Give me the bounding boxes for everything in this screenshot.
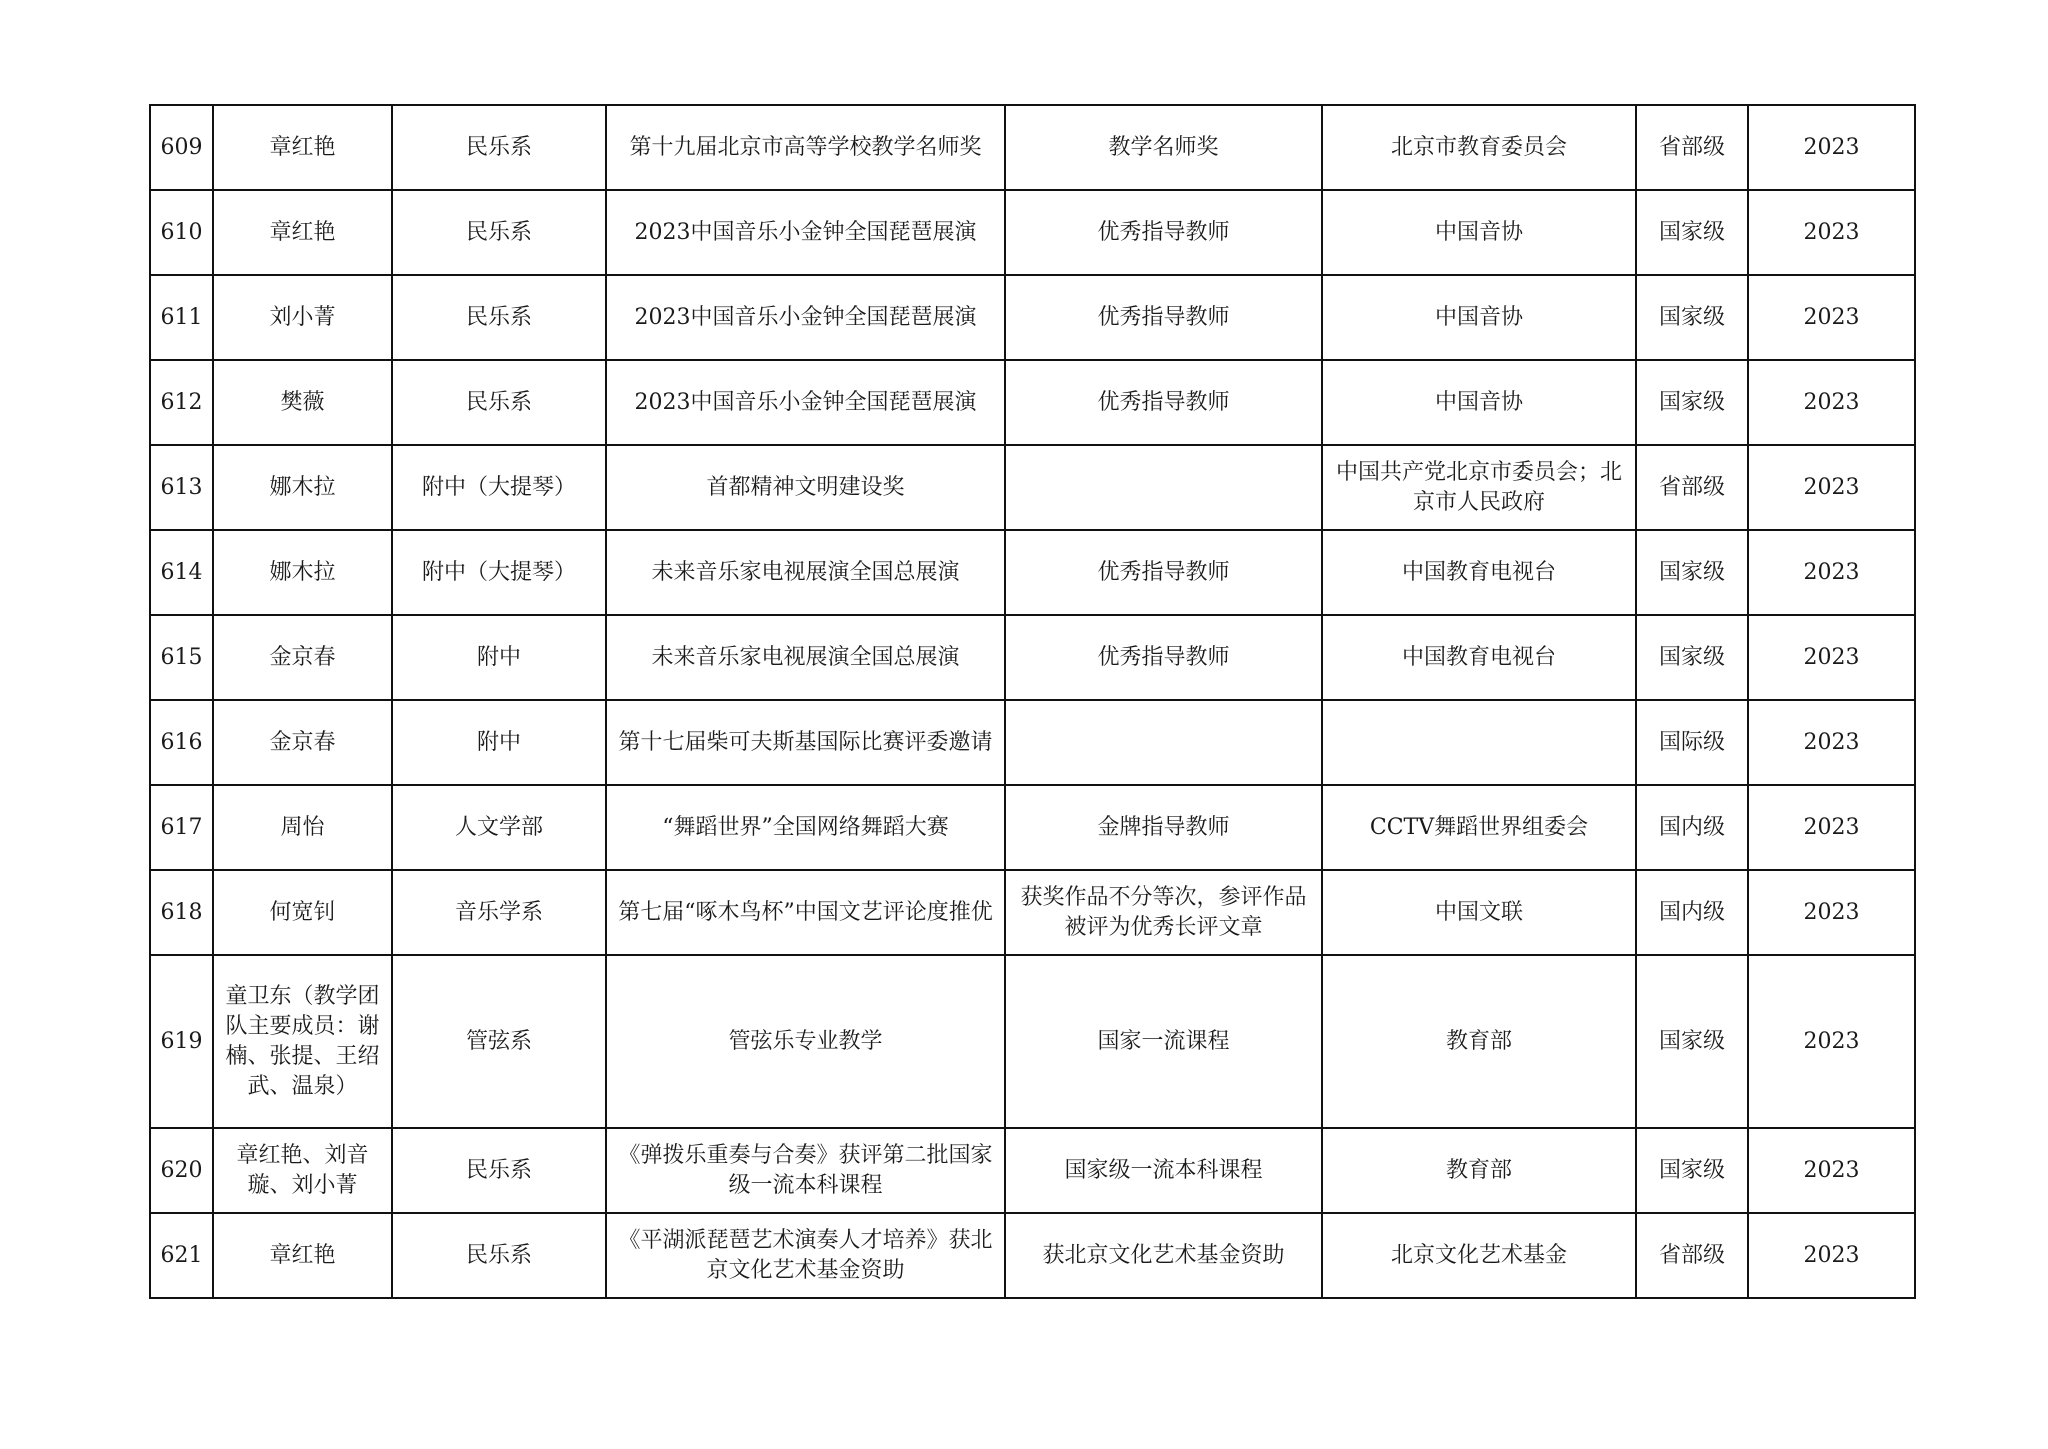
award-year: 2023 [1748, 1128, 1915, 1213]
row-number: 618 [150, 870, 213, 955]
award-year: 2023 [1748, 530, 1915, 615]
row-number: 614 [150, 530, 213, 615]
award-name: 优秀指导教师 [1005, 530, 1322, 615]
person-name: 金京春 [213, 615, 392, 700]
award-year: 2023 [1748, 360, 1915, 445]
award-name: 教学名师奖 [1005, 105, 1322, 190]
person-name: 章红艳 [213, 105, 392, 190]
issuing-body: 中国共产党北京市委员会；北京市人民政府 [1322, 445, 1636, 530]
issuing-body: 北京文化艺术基金 [1322, 1213, 1636, 1298]
awards-table: 609 章红艳 民乐系 第十九届北京市高等学校教学名师奖 教学名师奖 北京市教育… [149, 104, 1916, 1299]
project-name: 未来音乐家电视展演全国总展演 [606, 530, 1005, 615]
row-number: 620 [150, 1128, 213, 1213]
person-name: 刘小菁 [213, 275, 392, 360]
row-number: 612 [150, 360, 213, 445]
person-name: 何宽钊 [213, 870, 392, 955]
award-year: 2023 [1748, 190, 1915, 275]
award-year: 2023 [1748, 445, 1915, 530]
award-name: 优秀指导教师 [1005, 275, 1322, 360]
row-number: 615 [150, 615, 213, 700]
issuing-body: 中国教育电视台 [1322, 530, 1636, 615]
department: 附中（大提琴） [392, 530, 606, 615]
award-name: 优秀指导教师 [1005, 190, 1322, 275]
project-name: 2023中国音乐小金钟全国琵琶展演 [606, 275, 1005, 360]
person-name: 娜木拉 [213, 445, 392, 530]
project-name: 《弹拨乐重奏与合奏》获评第二批国家级一流本科课程 [606, 1128, 1005, 1213]
award-name: 优秀指导教师 [1005, 360, 1322, 445]
award-level: 国家级 [1636, 190, 1748, 275]
department: 民乐系 [392, 1128, 606, 1213]
department: 管弦系 [392, 955, 606, 1128]
row-number: 616 [150, 700, 213, 785]
award-year: 2023 [1748, 700, 1915, 785]
project-name: 第十七届柴可夫斯基国际比赛评委邀请 [606, 700, 1005, 785]
row-number: 609 [150, 105, 213, 190]
person-name: 章红艳 [213, 190, 392, 275]
department: 民乐系 [392, 360, 606, 445]
award-level: 国家级 [1636, 530, 1748, 615]
person-name: 金京春 [213, 700, 392, 785]
award-level: 省部级 [1636, 1213, 1748, 1298]
issuing-body: 教育部 [1322, 1128, 1636, 1213]
table-row: 611 刘小菁 民乐系 2023中国音乐小金钟全国琵琶展演 优秀指导教师 中国音… [150, 275, 1915, 360]
award-name [1005, 445, 1322, 530]
table-row: 619 童卫东（教学团队主要成员：谢楠、张提、王绍武、温泉） 管弦系 管弦乐专业… [150, 955, 1915, 1128]
award-name: 获奖作品不分等次，参评作品被评为优秀长评文章 [1005, 870, 1322, 955]
award-year: 2023 [1748, 1213, 1915, 1298]
award-year: 2023 [1748, 955, 1915, 1128]
table-row: 616 金京春 附中 第十七届柴可夫斯基国际比赛评委邀请 国际级 2023 [150, 700, 1915, 785]
award-name: 国家一流课程 [1005, 955, 1322, 1128]
project-name: 第七届“啄木鸟杯”中国文艺评论度推优 [606, 870, 1005, 955]
row-number: 621 [150, 1213, 213, 1298]
award-year: 2023 [1748, 785, 1915, 870]
award-year: 2023 [1748, 275, 1915, 360]
award-name: 国家级一流本科课程 [1005, 1128, 1322, 1213]
table-row: 615 金京春 附中 未来音乐家电视展演全国总展演 优秀指导教师 中国教育电视台… [150, 615, 1915, 700]
row-number: 619 [150, 955, 213, 1128]
award-level: 国家级 [1636, 955, 1748, 1128]
department: 民乐系 [392, 190, 606, 275]
award-year: 2023 [1748, 105, 1915, 190]
table-row: 614 娜木拉 附中（大提琴） 未来音乐家电视展演全国总展演 优秀指导教师 中国… [150, 530, 1915, 615]
row-number: 611 [150, 275, 213, 360]
department: 附中（大提琴） [392, 445, 606, 530]
person-name: 章红艳 [213, 1213, 392, 1298]
person-name: 娜木拉 [213, 530, 392, 615]
person-name: 周怡 [213, 785, 392, 870]
award-level: 省部级 [1636, 445, 1748, 530]
issuing-body: 中国音协 [1322, 360, 1636, 445]
department: 人文学部 [392, 785, 606, 870]
department: 民乐系 [392, 275, 606, 360]
award-level: 国内级 [1636, 870, 1748, 955]
award-name: 优秀指导教师 [1005, 615, 1322, 700]
row-number: 617 [150, 785, 213, 870]
department: 音乐学系 [392, 870, 606, 955]
award-level: 国家级 [1636, 615, 1748, 700]
project-name: 《平湖派琵琶艺术演奏人才培养》获北京文化艺术基金资助 [606, 1213, 1005, 1298]
award-level: 省部级 [1636, 105, 1748, 190]
issuing-body: 教育部 [1322, 955, 1636, 1128]
issuing-body: 中国音协 [1322, 190, 1636, 275]
person-name: 童卫东（教学团队主要成员：谢楠、张提、王绍武、温泉） [213, 955, 392, 1128]
award-level: 国家级 [1636, 360, 1748, 445]
issuing-body: 中国教育电视台 [1322, 615, 1636, 700]
issuing-body: 中国文联 [1322, 870, 1636, 955]
project-name: 首都精神文明建设奖 [606, 445, 1005, 530]
document-page: 609 章红艳 民乐系 第十九届北京市高等学校教学名师奖 教学名师奖 北京市教育… [0, 0, 2048, 1449]
project-name: 未来音乐家电视展演全国总展演 [606, 615, 1005, 700]
award-year: 2023 [1748, 615, 1915, 700]
issuing-body: 中国音协 [1322, 275, 1636, 360]
project-name: “舞蹈世界”全国网络舞蹈大赛 [606, 785, 1005, 870]
award-name [1005, 700, 1322, 785]
table-row: 620 章红艳、刘音璇、刘小菁 民乐系 《弹拨乐重奏与合奏》获评第二批国家级一流… [150, 1128, 1915, 1213]
award-level: 国家级 [1636, 1128, 1748, 1213]
table-row: 617 周怡 人文学部 “舞蹈世界”全国网络舞蹈大赛 金牌指导教师 CCTV舞蹈… [150, 785, 1915, 870]
table-row: 612 樊薇 民乐系 2023中国音乐小金钟全国琵琶展演 优秀指导教师 中国音协… [150, 360, 1915, 445]
award-name: 金牌指导教师 [1005, 785, 1322, 870]
issuing-body [1322, 700, 1636, 785]
table-row: 618 何宽钊 音乐学系 第七届“啄木鸟杯”中国文艺评论度推优 获奖作品不分等次… [150, 870, 1915, 955]
row-number: 610 [150, 190, 213, 275]
row-number: 613 [150, 445, 213, 530]
project-name: 管弦乐专业教学 [606, 955, 1005, 1128]
award-level: 国家级 [1636, 275, 1748, 360]
department: 附中 [392, 700, 606, 785]
table-row: 610 章红艳 民乐系 2023中国音乐小金钟全国琵琶展演 优秀指导教师 中国音… [150, 190, 1915, 275]
project-name: 2023中国音乐小金钟全国琵琶展演 [606, 190, 1005, 275]
award-year: 2023 [1748, 870, 1915, 955]
table-row: 613 娜木拉 附中（大提琴） 首都精神文明建设奖 中国共产党北京市委员会；北京… [150, 445, 1915, 530]
table-row: 609 章红艳 民乐系 第十九届北京市高等学校教学名师奖 教学名师奖 北京市教育… [150, 105, 1915, 190]
award-level: 国内级 [1636, 785, 1748, 870]
department: 民乐系 [392, 105, 606, 190]
project-name: 第十九届北京市高等学校教学名师奖 [606, 105, 1005, 190]
project-name: 2023中国音乐小金钟全国琵琶展演 [606, 360, 1005, 445]
issuing-body: CCTV舞蹈世界组委会 [1322, 785, 1636, 870]
award-level: 国际级 [1636, 700, 1748, 785]
department: 附中 [392, 615, 606, 700]
department: 民乐系 [392, 1213, 606, 1298]
person-name: 樊薇 [213, 360, 392, 445]
issuing-body: 北京市教育委员会 [1322, 105, 1636, 190]
person-name: 章红艳、刘音璇、刘小菁 [213, 1128, 392, 1213]
table-row: 621 章红艳 民乐系 《平湖派琵琶艺术演奏人才培养》获北京文化艺术基金资助 获… [150, 1213, 1915, 1298]
award-name: 获北京文化艺术基金资助 [1005, 1213, 1322, 1298]
